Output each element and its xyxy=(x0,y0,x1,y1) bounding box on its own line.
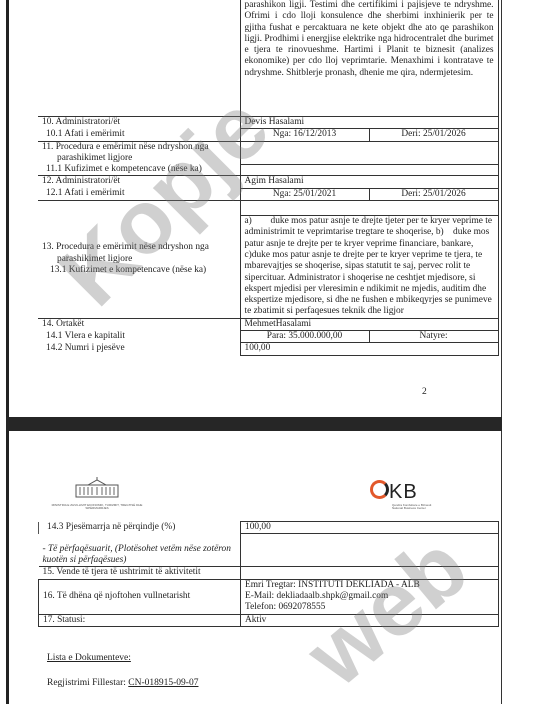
proc11-label: 11. Procedura e emërimit nëse ndryshon n… xyxy=(42,142,236,153)
share-pct-row: 14.3 Pjesëmarrja në përqindje (%) 100,00 xyxy=(39,522,499,534)
shares-row: 14.2 Numri i pjesëve 100,00 xyxy=(38,343,498,355)
proc13-label: 13. Procedura e emërimit nëse ndryshon n… xyxy=(42,242,236,253)
business-extract-table-page1: parashikon ligji. Testimi dhe certifikim… xyxy=(38,0,499,356)
proc11-sub-row: 11.1 Kufizimet e kompetencave (nëse ka) xyxy=(38,164,498,176)
admin10-term-row: 10.1 Afati i emërimit Nga: 16/12/2013 De… xyxy=(38,129,498,141)
proc11-label-2: parashikimet ligjore xyxy=(42,153,236,164)
proc13-sub-label: 13.1 Kufizimet e kompetencave (nëse ka) xyxy=(42,265,236,276)
capital-row: 14.1 Vlera e kapitalit Para: 35.000.000,… xyxy=(38,331,498,343)
places15-label: 15. Vende të tjera të ushtrimit të aktiv… xyxy=(39,567,241,579)
info16-phone: Telefon: 0692078555 xyxy=(245,602,494,613)
represented-row: - Të përfaqësuarit, (Plotësohet vetëm në… xyxy=(39,534,499,567)
initial-registration-link[interactable]: CN-018915-09-07 xyxy=(128,678,198,688)
admin12-to: Deri: 25/01/2026 xyxy=(369,188,498,200)
admin10-term-label: 10.1 Afati i emërimit xyxy=(38,129,240,141)
ministry-logo: MINISTRIA E ZHVILLIMIT EKONOMIK, TURIZMI… xyxy=(42,477,152,510)
initial-registration: Regjistrimi Fillestar: CN-018915-09-07 xyxy=(47,678,198,688)
proc13-value xyxy=(240,201,498,216)
status17-row: 17. Statusi: Aktiv xyxy=(39,614,499,626)
status17-value: Aktiv xyxy=(241,614,499,626)
admin10-to: Deri: 25/01/2026 xyxy=(369,129,498,141)
info16-row: 16. Të dhëna që njoftohen vullnetarisht … xyxy=(39,579,499,614)
proc13-row: 13. Procedura e emërimit nëse ndryshon n… xyxy=(38,201,498,216)
share-pct-value: 100,00 xyxy=(241,522,499,534)
page-number: 2 xyxy=(422,387,427,397)
admin10-name: Devis Hasalami xyxy=(240,117,498,129)
admin12-label: 12. Administratori/ët xyxy=(38,176,240,188)
capital-label: 14.1 Vlera e kapitalit xyxy=(38,331,240,343)
places15-row: 15. Vende të tjera të ushtrimit të aktiv… xyxy=(39,567,499,579)
proc11-sub-value xyxy=(240,164,498,176)
proc11-value xyxy=(240,141,498,164)
partners14-row: 14. Ortakët MehmetHasalami xyxy=(38,318,498,330)
info16-label: 16. Të dhëna që njoftohen vullnetarisht xyxy=(39,579,241,614)
represented-label: - Të përfaqësuarit, (Plotësohet vetëm në… xyxy=(39,534,241,567)
status17-label: 17. Statusi: xyxy=(39,614,241,626)
ministry-logo-text: MINISTRIA E ZHVILLIMIT EKONOMIK, TURIZMI… xyxy=(42,504,152,510)
proc13-label-2: parashikimet ligjore xyxy=(42,254,236,265)
business-extract-table-page2: 14.3 Pjesëmarrja në përqindje (%) 100,00… xyxy=(38,521,499,627)
okb-logo: KB Qendra Kombëtare e Biznesit National … xyxy=(370,480,442,510)
okb-letters: KB xyxy=(389,481,418,503)
documents-heading: Lista e Dokumenteve: xyxy=(47,653,131,663)
admin12-term-label: 12.1 Afati i emërimit xyxy=(38,188,240,200)
proc11-row: 11. Procedura e emërimit nëse ndryshon n… xyxy=(38,141,498,164)
admin12-name: Agim Hasalami xyxy=(240,176,498,188)
partners14-label: 14. Ortakët xyxy=(38,318,240,330)
share-pct-label: 14.3 Pjesëmarrja në përqindje (%) xyxy=(39,522,241,534)
admin12-term-row: 12.1 Afati i emërimit Nga: 25/01/2021 De… xyxy=(38,188,498,200)
partners14-name: MehmetHasalami xyxy=(240,318,498,330)
okb-logo-sub: Qendra Kombëtare e Biznesit National Bus… xyxy=(392,504,442,510)
capital-nature: Natyre: xyxy=(369,331,498,343)
initial-registration-label: Regjistrimi Fillestar: xyxy=(47,678,128,688)
info16-email: E-Mail: dekliadaalb.shpk@gmail.com xyxy=(245,591,494,602)
page-separator xyxy=(6,417,502,431)
capital-money: Para: 35.000.000,00 xyxy=(240,331,369,343)
admin12-from: Nga: 25/01/2021 xyxy=(240,188,369,200)
ministry-building-icon xyxy=(74,477,120,499)
shares-label: 14.2 Numri i pjesëve xyxy=(38,343,240,355)
okb-ring-icon xyxy=(370,480,389,499)
info16-trade-name: Emri Tregtar: INSTITUTI DEKLIADA - ALB xyxy=(245,580,494,591)
places15-value xyxy=(241,567,499,579)
admin10-from: Nga: 16/12/2013 xyxy=(240,129,369,141)
admin12-row: 12. Administratori/ët Agim Hasalami xyxy=(38,176,498,188)
activity-row: parashikon ligji. Testimi dhe certifikim… xyxy=(38,0,498,117)
proc13-restrictions: a) duke mos patur asnje te drejte tjeter… xyxy=(240,216,498,319)
represented-value xyxy=(241,534,499,567)
admin10-row: 10. Administratori/ët Devis Hasalami xyxy=(38,117,498,129)
admin10-label: 10. Administratori/ët xyxy=(38,117,240,129)
shares-value: 100,00 xyxy=(240,343,498,355)
proc11-sub-label: 11.1 Kufizimet e kompetencave (nëse ka) xyxy=(38,164,240,176)
activity-text: parashikon ligji. Testimi dhe certifikim… xyxy=(240,0,498,117)
